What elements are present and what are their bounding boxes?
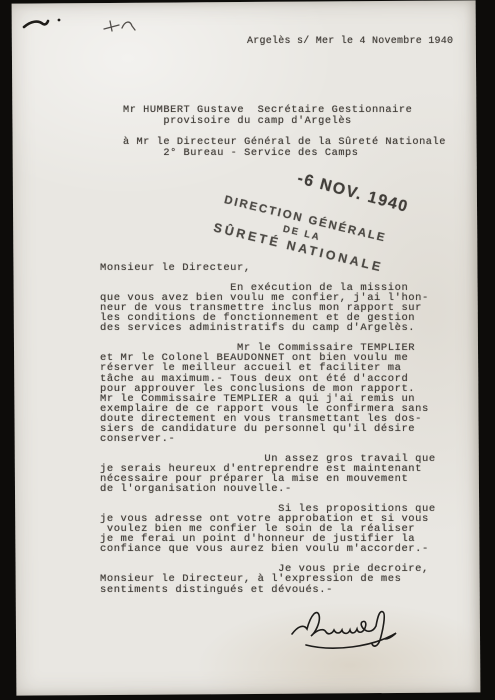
address-block: Mr HUMBERT Gustave Secrétaire Gestionnai… <box>123 105 446 159</box>
dateline: Argelès s/ Mer le 4 Novembre 1940 <box>247 36 453 48</box>
signature <box>288 600 413 652</box>
letter-content: Argelès s/ Mer le 4 Novembre 1940 Mr HUM… <box>0 0 495 700</box>
handwritten-mark <box>22 16 152 38</box>
letter-body: Monsieur le Directeur, En exécution de l… <box>100 263 436 595</box>
